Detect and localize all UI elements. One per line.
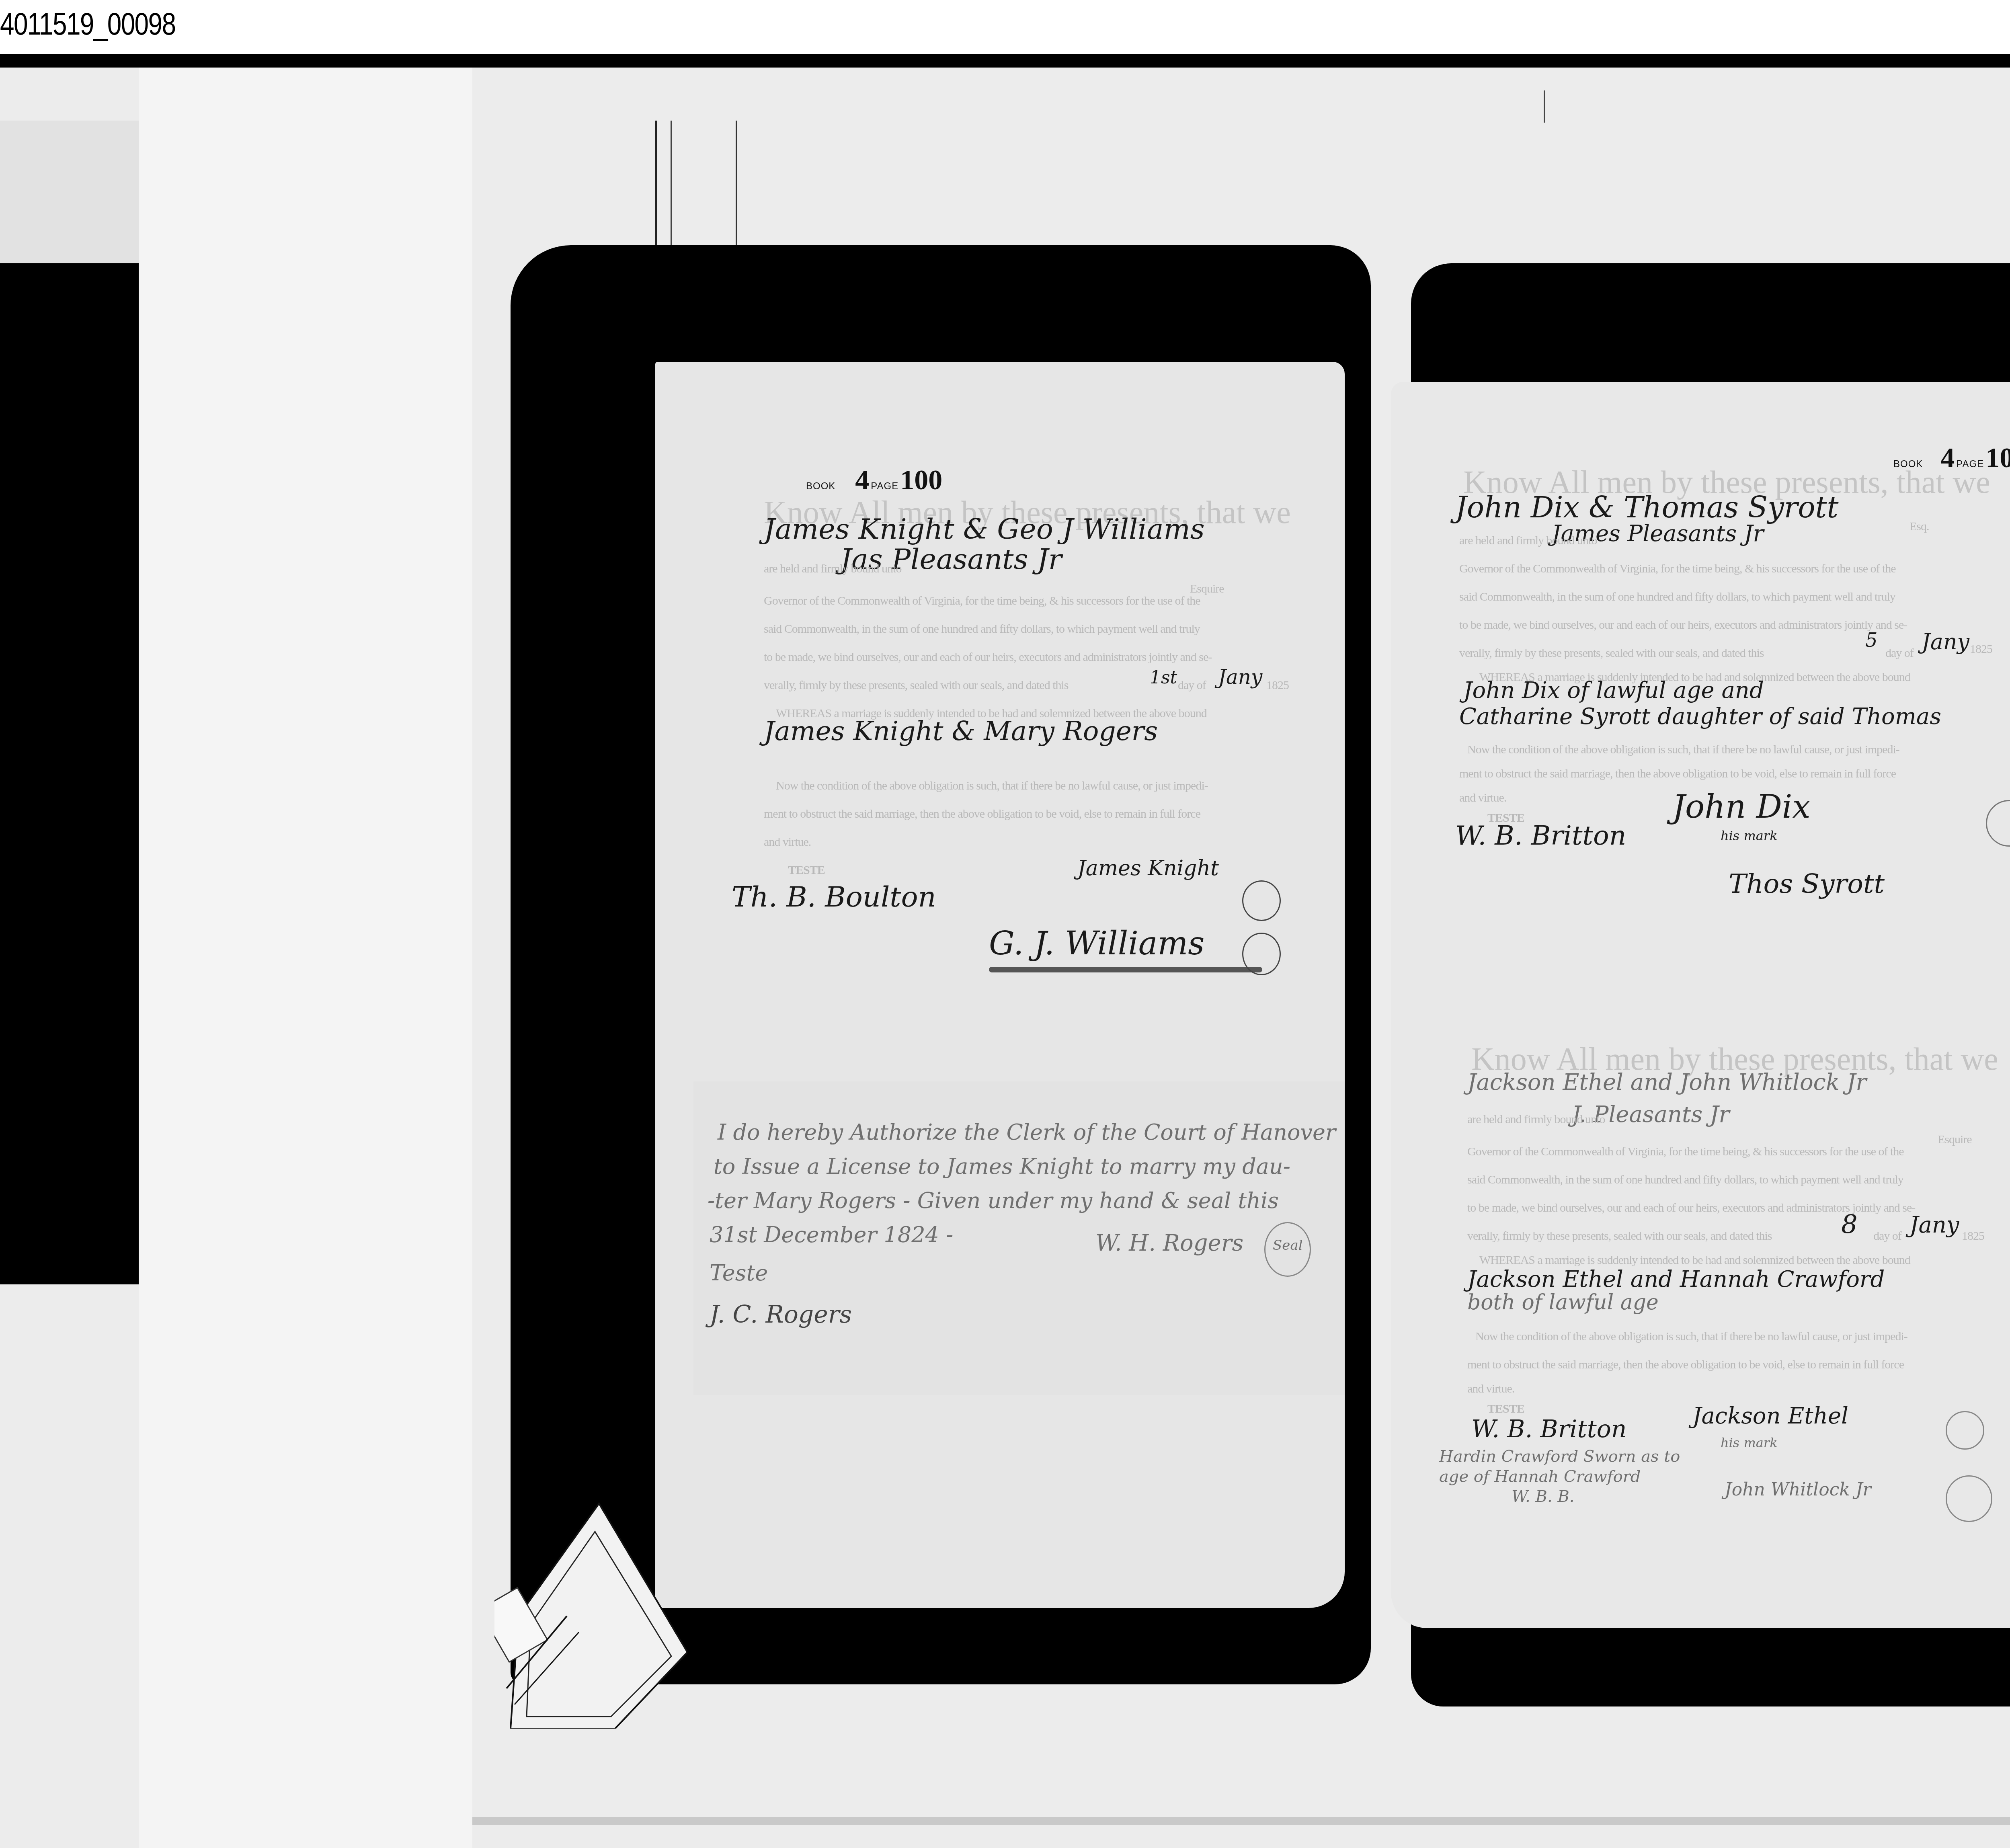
printed-line: Governor of the Commonwealth of Virginia… bbox=[764, 587, 1200, 615]
date-day: 5 bbox=[1865, 629, 1878, 652]
seal-mark bbox=[1946, 1411, 1984, 1450]
frame-header: 4011519_00098 bbox=[0, 0, 2010, 52]
obligors-handwritten: James Knight & Geo J Williams bbox=[764, 513, 1205, 546]
frame-separator-strip bbox=[139, 68, 472, 1848]
esquire-label: Esquire bbox=[1938, 1126, 1972, 1154]
header-divider bbox=[0, 54, 2010, 68]
seal-mark: Seal bbox=[1264, 1222, 1311, 1277]
date-month: Jany bbox=[1910, 1212, 1959, 1238]
seal-mark bbox=[1946, 1475, 1992, 1522]
parties-handwritten-1: Jackson Ethel and Hannah Crawford bbox=[1467, 1266, 1885, 1292]
consent-line: I do hereby Authorize the Clerk of the C… bbox=[718, 1120, 1336, 1145]
signature-1-mark: his mark bbox=[1721, 1435, 1778, 1450]
parties-handwritten-2: Catharine Syrott daughter of said Thomas bbox=[1459, 704, 1941, 730]
condition-line: ment to obstruct the said marriage, then… bbox=[1467, 1351, 1904, 1379]
scan-bottom-edge bbox=[472, 1817, 2010, 1825]
consent-date: 31st December 1824 - bbox=[710, 1222, 953, 1247]
obligors-handwritten: Jackson Ethel and John Whitlock Jr bbox=[1467, 1069, 1866, 1095]
book-page-stamp: BOOK 4 PAGE 100 bbox=[806, 464, 942, 496]
witness-signature: W. B. Britton bbox=[1471, 1415, 1627, 1443]
date-month: Jany bbox=[1218, 665, 1262, 689]
page-label: PAGE bbox=[871, 481, 898, 492]
printed-line: Governor of the Commonwealth of Virginia… bbox=[1467, 1138, 1904, 1166]
seal-label: Seal bbox=[1273, 1237, 1303, 1253]
parties-handwritten: James Knight & Mary Rogers bbox=[764, 716, 1158, 747]
consent-witness: J. C. Rogers bbox=[710, 1300, 852, 1329]
signature-2: John Whitlock Jr bbox=[1725, 1479, 1871, 1500]
film-scratch-line bbox=[1544, 90, 1545, 123]
printed-line: to be made, we bind ourselves, our and e… bbox=[764, 643, 1212, 671]
consent-note-slip: I do hereby Authorize the Clerk of the C… bbox=[693, 1081, 1345, 1395]
condition-line: Now the condition of the above obligatio… bbox=[1475, 1323, 1907, 1351]
frame-id-label: 4011519_00098 bbox=[0, 6, 175, 42]
printed-line: Governor of the Commonwealth of Virginia… bbox=[1459, 555, 1896, 583]
seal-mark bbox=[1242, 880, 1281, 921]
printed-line: said Commonwealth, in the sum of one hun… bbox=[1459, 583, 1895, 611]
consent-teste: Teste bbox=[710, 1260, 768, 1286]
consent-signer: W. H. Rogers bbox=[1095, 1230, 1243, 1256]
date-year: 1825 bbox=[1962, 1222, 1984, 1250]
date-year: 1825 bbox=[1970, 635, 1992, 663]
signature-1: Jackson Ethel bbox=[1692, 1403, 1848, 1429]
seal-mark bbox=[1242, 933, 1281, 975]
previous-frame-cover bbox=[0, 263, 139, 1284]
printed-line: verally, firmly by these presents, seale… bbox=[764, 671, 1069, 699]
obligors-handwritten: John Dix & Thomas Syrott bbox=[1455, 490, 1838, 524]
previous-frame-page-edge bbox=[0, 121, 139, 265]
signature-2: G. J. Williams bbox=[989, 925, 1204, 962]
left-page: BOOK 4 PAGE 100 Know All men by these pr… bbox=[655, 362, 1345, 1608]
signature-1: James Knight bbox=[1077, 856, 1219, 880]
seal-mark bbox=[1986, 800, 2010, 847]
condition-line: ment to obstruct the said marriage, then… bbox=[764, 800, 1200, 828]
printed-line: to be made, we bind ourselves, our and e… bbox=[1459, 611, 1907, 639]
printed-line: are held and firmly bound unto bbox=[1459, 527, 1597, 555]
right-page: BOOK 4 PAGE 101 Know All men by these pr… bbox=[1391, 382, 2010, 1628]
book-label: BOOK bbox=[806, 481, 835, 492]
consent-line: to Issue a License to James Knight to ma… bbox=[714, 1154, 1290, 1179]
page-clamp-device bbox=[494, 1479, 687, 1729]
witness-note: age of Hannah Crawford bbox=[1439, 1467, 1641, 1486]
witness-note: W. B. B. bbox=[1512, 1487, 1574, 1506]
page-number: 100 bbox=[900, 465, 942, 496]
condition-line: ment to obstruct the said marriage, then… bbox=[1459, 760, 1896, 788]
signature-1-mark: his mark bbox=[1721, 828, 1778, 843]
printed-line: are held and firmly bound unto bbox=[1467, 1106, 1605, 1134]
witness-signature: Th. B. Boulton bbox=[732, 880, 936, 913]
date-day: 1st bbox=[1150, 667, 1177, 688]
signature-1: John Dix bbox=[1672, 788, 1811, 825]
esquire-label: Esq. bbox=[1910, 513, 1929, 541]
witness-signature: W. B. Britton bbox=[1455, 820, 1626, 851]
date-day: 8 bbox=[1841, 1210, 1858, 1240]
condition-line: Now the condition of the above obligatio… bbox=[776, 772, 1208, 800]
signature-flourish bbox=[989, 967, 1262, 972]
signature-2: Thos Syrott bbox=[1729, 868, 1885, 899]
date-year: 1825 bbox=[1266, 671, 1289, 699]
date-day-label: day of bbox=[1178, 671, 1206, 699]
parties-handwritten-2: both of lawful age bbox=[1467, 1290, 1659, 1315]
condition-line: and virtue. bbox=[764, 828, 811, 856]
printed-line: said Commonwealth, in the sum of one hun… bbox=[764, 615, 1200, 643]
witness-note: Hardin Crawford Sworn as to bbox=[1439, 1447, 1680, 1466]
book-number: 4 bbox=[855, 465, 869, 496]
date-month: Jany bbox=[1922, 629, 1969, 654]
parties-handwritten-1: John Dix of lawful age and bbox=[1463, 677, 1764, 704]
consent-line: -ter Mary Rogers - Given under my hand &… bbox=[708, 1188, 1279, 1213]
printed-line: are held and firmly bound unto bbox=[764, 555, 901, 583]
printed-line: said Commonwealth, in the sum of one hun… bbox=[1467, 1166, 1903, 1194]
